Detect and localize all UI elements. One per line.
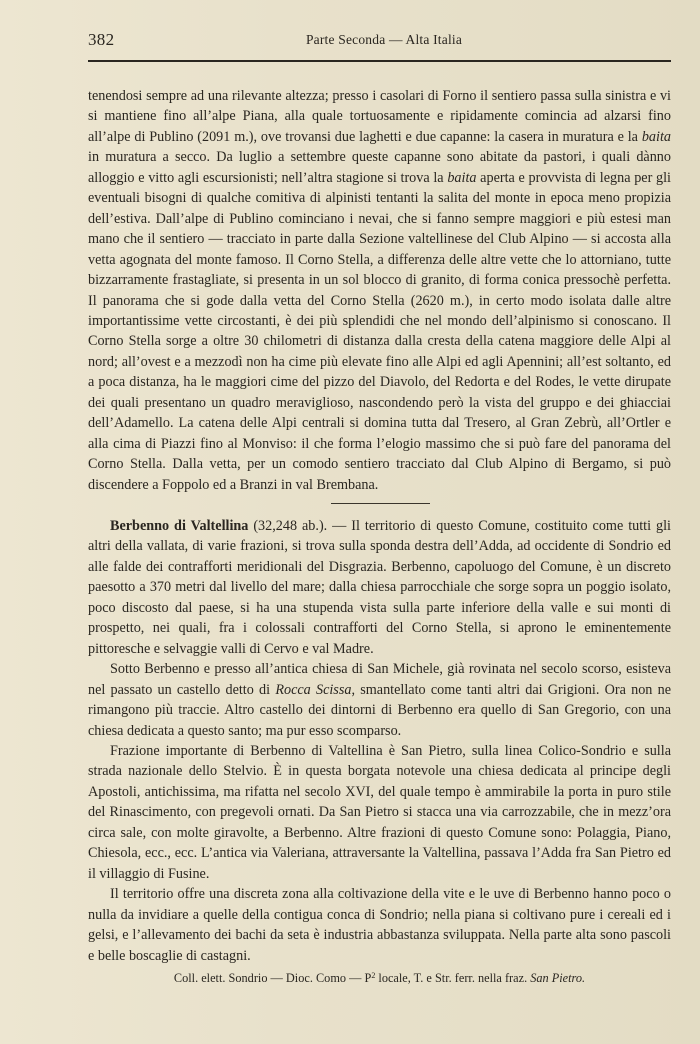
italic-term: baita — [642, 129, 671, 145]
running-title: Parte Seconda — Alta Italia — [88, 32, 680, 48]
paragraph-intro: Berbenno di Valtellina (32,248 ab.). — I… — [88, 516, 671, 659]
header-rule — [88, 60, 671, 62]
administrative-note: Coll. elett. Sondrio — Dioc. Como — P2 l… — [88, 966, 671, 988]
paragraph-continuation: tenendosi sempre ad una rilevante altezz… — [88, 86, 671, 495]
paragraph-agriculture: Il territorio offre una discreta zona al… — [88, 884, 671, 966]
place-name-heading: Berbenno di Valtellina — [110, 518, 248, 534]
italic-term: baita — [447, 170, 476, 186]
page-header: 382 Parte Seconda — Alta Italia — [88, 30, 680, 54]
section-separator — [331, 503, 430, 504]
paragraph-history: Sotto Berbenno e presso all’antica chies… — [88, 659, 671, 741]
paragraph-san-pietro: Frazione importante di Berbenno di Valte… — [88, 741, 671, 884]
section-corno-stella: tenendosi sempre ad una rilevante altezz… — [88, 86, 671, 495]
section-berbenno: Berbenno di Valtellina (32,248 ab.). — I… — [88, 516, 671, 988]
italic-place: Rocca Scissa — [275, 682, 351, 698]
